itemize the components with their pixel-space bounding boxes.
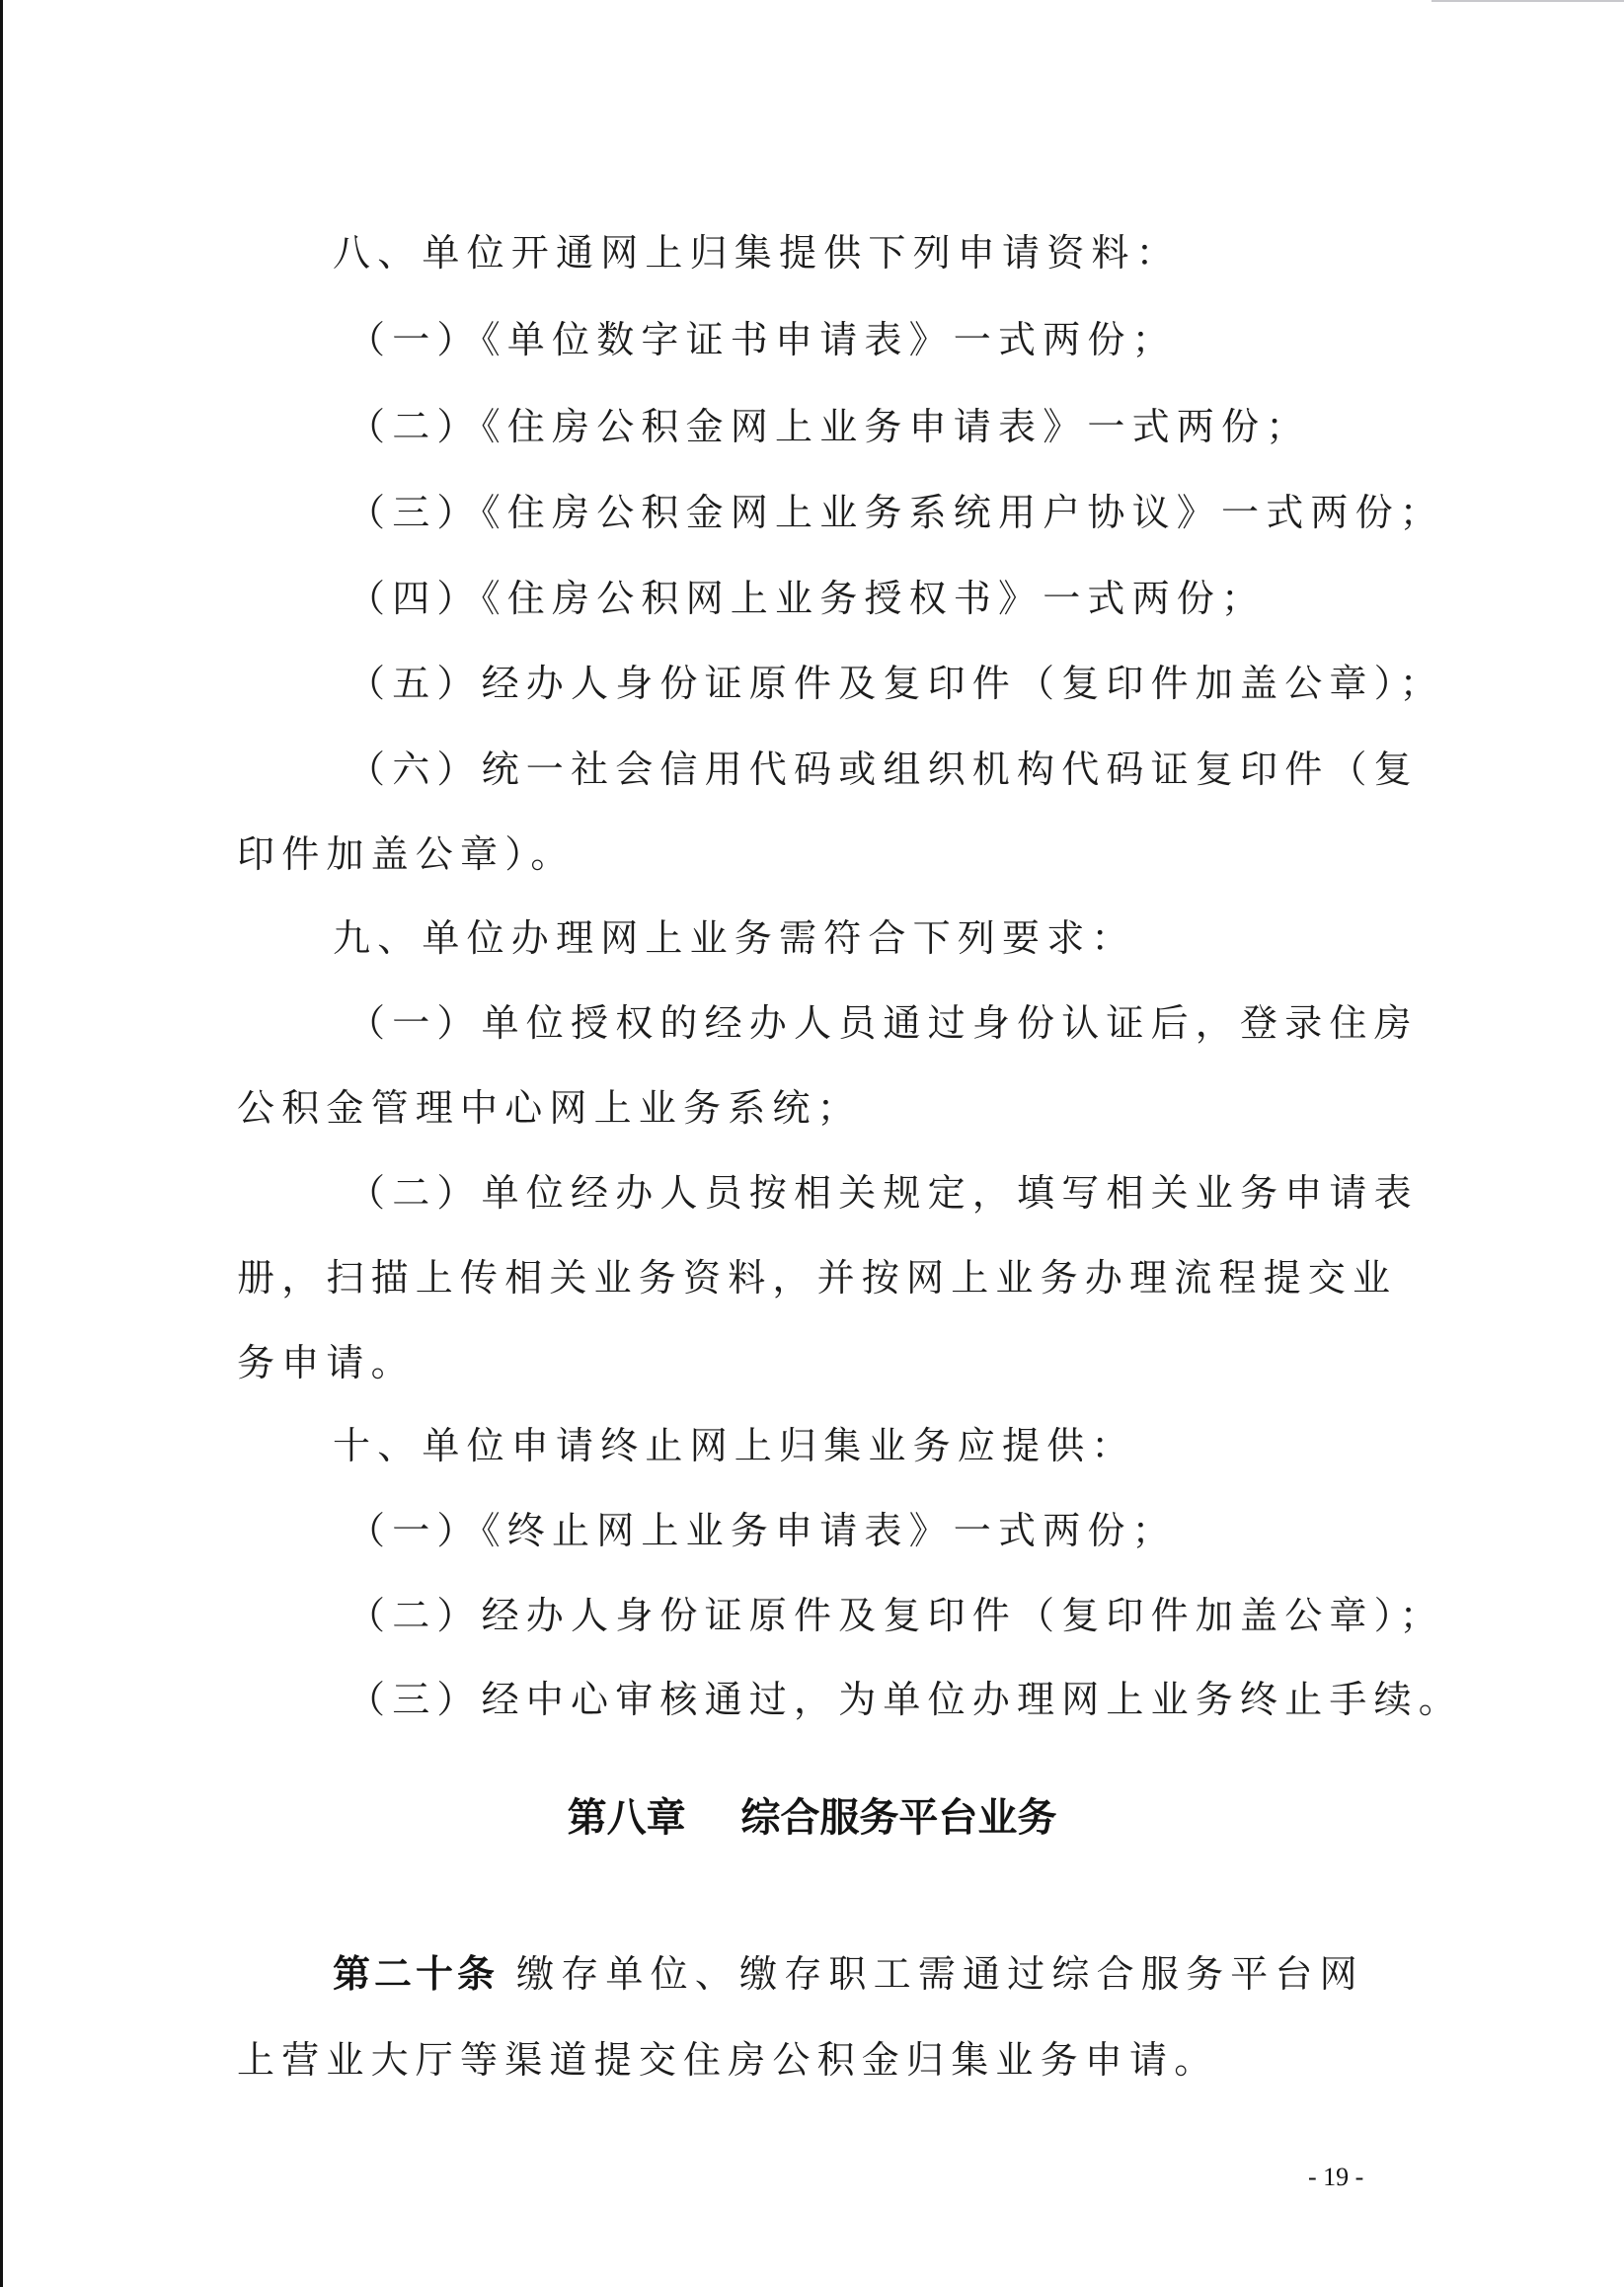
section-10-item-2: （二）经办人身份证原件及复印件（复印件加盖公章）； bbox=[348, 1592, 1444, 1639]
article-20-text-1: 缴存单位、缴存职工需通过综合服务平台网 bbox=[516, 1952, 1364, 1996]
section-8-item-5: （五）经办人身份证原件及复印件（复印件加盖公章）； bbox=[348, 660, 1444, 707]
section-8-item-6: （六）统一社会信用代码或组织机构代码证复印件（复 bbox=[348, 746, 1419, 793]
section-9-heading: 九、单位办理网上业务需符合下列要求： bbox=[333, 914, 1136, 962]
article-label: 第二十条 bbox=[333, 1952, 499, 1996]
section-9-item-2-cont-2: 务申请。 bbox=[237, 1339, 416, 1386]
section-8-heading: 八、单位开通网上归集提供下列申请资料： bbox=[333, 229, 1181, 276]
article-20-line-1: 第二十条缴存单位、缴存职工需通过综合服务平台网 bbox=[333, 1950, 1364, 1998]
chapter-heading: 第八章 综合服务平台业务 bbox=[0, 1793, 1624, 1843]
section-8-item-1: （一）《单位数字证书申请表》一式两份； bbox=[348, 316, 1177, 363]
section-10-item-1: （一）《终止网上业务申请表》一式两份； bbox=[348, 1507, 1177, 1554]
section-8-item-3: （三）《住房公积金网上业务系统用户协议》一式两份； bbox=[348, 489, 1444, 536]
section-9-item-2-cont-1: 册，扫描上传相关业务资料，并按网上业务办理流程提交业 bbox=[237, 1254, 1397, 1301]
section-9-item-2: （二）单位经办人员按相关规定，填写相关业务申请表 bbox=[348, 1169, 1419, 1217]
section-10-heading: 十、单位申请终止网上归集业务应提供： bbox=[333, 1422, 1136, 1469]
article-20-line-2: 上营业大厅等渠道提交住房公积金归集业务申请。 bbox=[237, 2036, 1218, 2084]
section-8-item-2: （二）《住房公积金网上业务申请表》一式两份； bbox=[348, 403, 1310, 450]
section-8-item-4: （四）《住房公积网上业务授权书》一式两份； bbox=[348, 575, 1266, 622]
page-number: - 19 - bbox=[1308, 2163, 1363, 2192]
section-10-item-3: （三）经中心审核通过，为单位办理网上业务终止手续。 bbox=[348, 1676, 1463, 1723]
section-8-item-6-cont: 印件加盖公章）。 bbox=[237, 830, 576, 878]
section-9-item-1: （一）单位授权的经办人员通过身份认证后，登录住房 bbox=[348, 999, 1419, 1047]
section-9-item-1-cont: 公积金管理中心网上业务系统； bbox=[237, 1084, 862, 1132]
document-page: 八、单位开通网上归集提供下列申请资料： （一）《单位数字证书申请表》一式两份； … bbox=[0, 0, 1624, 2287]
